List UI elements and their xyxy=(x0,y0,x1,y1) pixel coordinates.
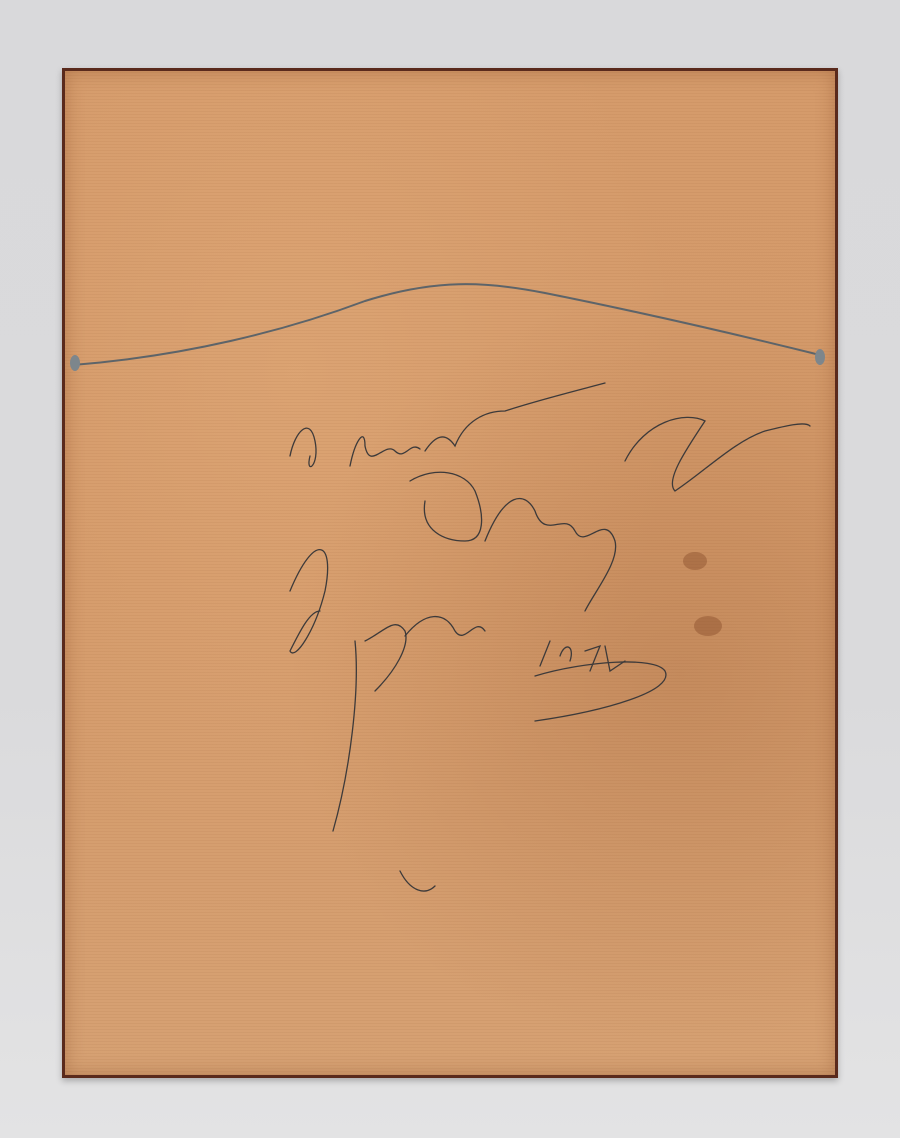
wire-eye-screw-right xyxy=(815,349,825,365)
wire-eye-screw-left xyxy=(70,355,80,371)
kraft-paper-backing: A cheery note for you Merry Christmas 19… xyxy=(65,71,835,1075)
stain-marks xyxy=(683,552,722,636)
handwritten-inscription: A cheery note for you Merry Christmas 19… xyxy=(65,71,835,1075)
picture-frame-back: A cheery note for you Merry Christmas 19… xyxy=(62,68,838,1078)
hanging-wire xyxy=(73,284,820,365)
